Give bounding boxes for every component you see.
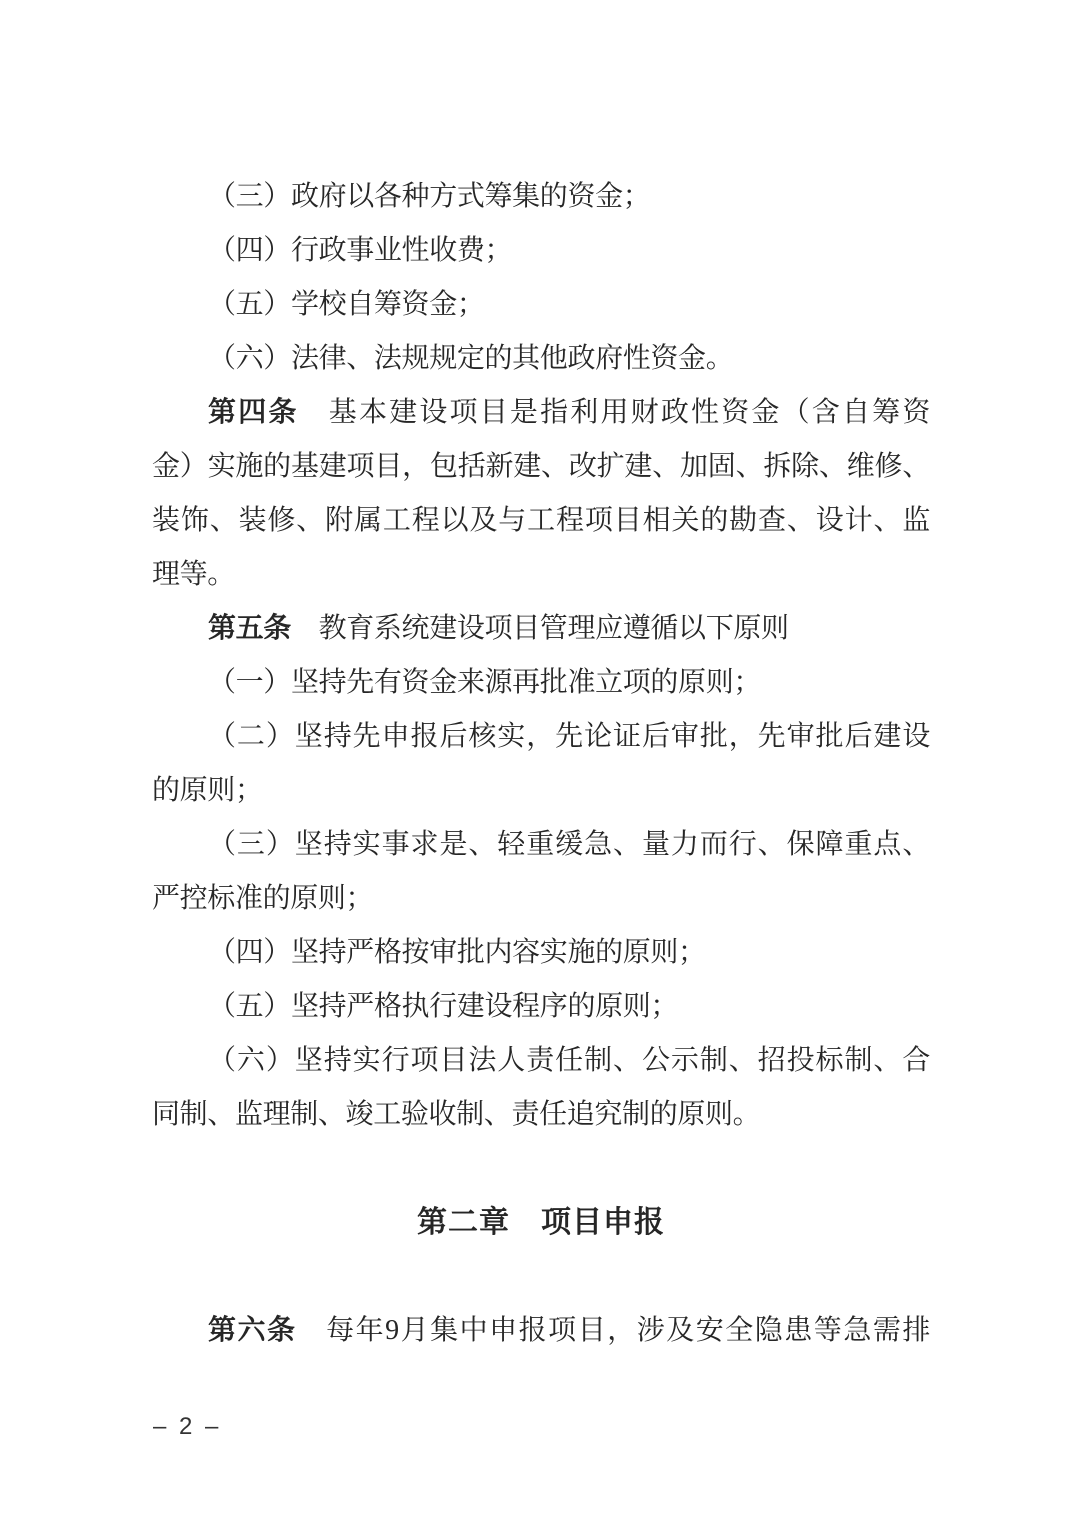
line-text: 的原则；	[152, 775, 263, 806]
body-line: 的原则；	[152, 764, 930, 818]
list-item-line: （四）坚持严格按审批内容实施的原则；	[152, 926, 930, 980]
list-item-line: （四）行政事业性收费；	[152, 224, 930, 278]
chapter-heading: 第二章 项目申报	[152, 1196, 930, 1250]
line-text: 每年9月集中申报项目，涉及安全隐患等急需排	[326, 1315, 930, 1346]
list-item-line: （二）坚持先申报后核实，先论证后审批，先审批后建设	[152, 710, 930, 764]
line-text: 金）实施的基建项目，包括新建、改扩建、加固、拆除、维修、	[152, 451, 930, 482]
body-line: 同制、监理制、竣工验收制、责任追究制的原则。	[152, 1088, 930, 1142]
line-text: （六）法律、法规规定的其他政府性资金。	[208, 343, 733, 374]
line-text: 严控标准的原则；	[152, 883, 373, 914]
body-line: 严控标准的原则；	[152, 872, 930, 926]
list-item-line: （三）坚持实事求是、轻重缓急、量力而行、保障重点、	[152, 818, 930, 872]
body-line: 金）实施的基建项目，包括新建、改扩建、加固、拆除、维修、	[152, 440, 930, 494]
line-text: 同制、监理制、竣工验收制、责任追究制的原则。	[152, 1099, 760, 1130]
page-number: – 2 –	[153, 1414, 221, 1440]
document-page: （三）政府以各种方式筹集的资金；（四）行政事业性收费；（五）学校自筹资金；（六）…	[0, 0, 1074, 1520]
article-line: 第六条 每年9月集中申报项目，涉及安全隐患等急需排	[152, 1304, 930, 1358]
body-line: 理等。	[152, 548, 930, 602]
line-text: （三）政府以各种方式筹集的资金；	[208, 181, 650, 212]
chapter-heading-text: 第二章 项目申报	[417, 1206, 665, 1239]
document-body: （三）政府以各种方式筹集的资金；（四）行政事业性收费；（五）学校自筹资金；（六）…	[152, 170, 930, 1358]
article-number: 第五条	[208, 613, 319, 644]
body-line: 装饰、装修、附属工程以及与工程项目相关的勘查、设计、监	[152, 494, 930, 548]
list-item-line: （六）法律、法规规定的其他政府性资金。	[152, 332, 930, 386]
line-text: （二）坚持先申报后核实，先论证后审批，先审批后建设	[208, 721, 930, 752]
line-text: （一）坚持先有资金来源再批准立项的原则；	[208, 667, 761, 698]
list-item-line: （三）政府以各种方式筹集的资金；	[152, 170, 930, 224]
article-number: 第六条	[208, 1315, 326, 1346]
line-text: 基本建设项目是指利用财政性资金（含自筹资	[329, 397, 930, 428]
line-text: （五）学校自筹资金；	[208, 289, 485, 320]
line-text: 教育系统建设项目管理应遵循以下原则	[319, 613, 789, 644]
line-text: （四）坚持严格按审批内容实施的原则；	[208, 937, 706, 968]
article-line: 第四条 基本建设项目是指利用财政性资金（含自筹资	[152, 386, 930, 440]
article-number: 第四条	[208, 397, 329, 428]
list-item-line: （五）学校自筹资金；	[152, 278, 930, 332]
line-text: （三）坚持实事求是、轻重缓急、量力而行、保障重点、	[208, 829, 930, 860]
line-text: （五）坚持严格执行建设程序的原则；	[208, 991, 678, 1022]
line-text: （四）行政事业性收费；	[208, 235, 512, 266]
line-text: （六）坚持实行项目法人责任制、公示制、招投标制、合	[208, 1045, 930, 1076]
line-text: 装饰、装修、附属工程以及与工程项目相关的勘查、设计、监	[152, 505, 930, 536]
article-line: 第五条 教育系统建设项目管理应遵循以下原则	[152, 602, 930, 656]
blank-line	[152, 1142, 930, 1196]
line-text: 理等。	[152, 559, 235, 590]
blank-line	[152, 1250, 930, 1304]
list-item-line: （六）坚持实行项目法人责任制、公示制、招投标制、合	[152, 1034, 930, 1088]
list-item-line: （一）坚持先有资金来源再批准立项的原则；	[152, 656, 930, 710]
list-item-line: （五）坚持严格执行建设程序的原则；	[152, 980, 930, 1034]
